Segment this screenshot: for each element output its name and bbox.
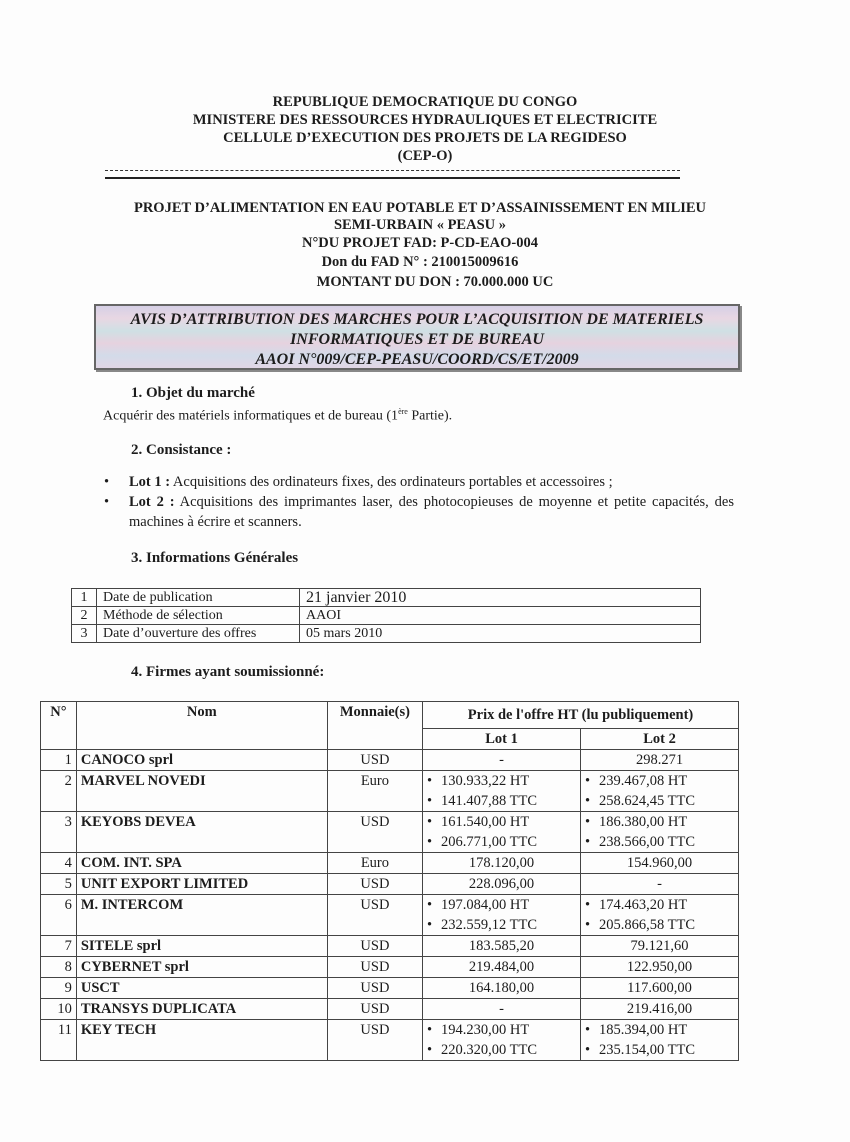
lot2-price: 298.271 <box>581 750 739 771</box>
header-currency: Monnaie(s) <box>327 702 422 750</box>
lot1-price-line: •130.933,22 HT <box>427 771 576 791</box>
currency: USD <box>327 874 422 895</box>
firm-name: TRANSYS DUPLICATA <box>76 999 327 1020</box>
lot2-price-line: •174.463,20 HT <box>585 895 734 915</box>
section2-title: 2. Consistance : <box>131 442 231 459</box>
solid-divider <box>105 177 680 179</box>
info-row-label: Méthode de sélection <box>97 607 300 625</box>
price-value: 194.230,00 HT <box>441 1022 529 1038</box>
section1-text: Acquérir des matériels informatiques et … <box>103 407 452 425</box>
header-lot1: Lot 1 <box>423 729 581 750</box>
header-line-cep: (CEP-O) <box>0 147 850 165</box>
price-value: 197.084,00 HT <box>441 897 529 913</box>
banner-line3: AAOI N°009/CEP-PEASU/COORD/CS/ET/2009 <box>96 350 738 370</box>
bullet-icon: • <box>427 771 441 791</box>
lot1-price-line: •141.407,88 TTC <box>427 791 576 811</box>
lot2-price: 154.960,00 <box>581 853 739 874</box>
firm-name: COM. INT. SPA <box>76 853 327 874</box>
firm-name: KEYOBS DEVEA <box>76 812 327 853</box>
section3-title: 3. Informations Générales <box>131 550 298 567</box>
price-value: 186.380,00 HT <box>599 814 687 830</box>
bullet-icon: • <box>585 1040 599 1060</box>
project-number: N°DU PROJET FAD: P-CD-EAO-004 <box>100 233 740 253</box>
table-row: 5UNIT EXPORT LIMITEDUSD228.096,00- <box>41 874 739 895</box>
lot1-price-line: •161.540,00 HT <box>427 812 576 832</box>
row-number: 10 <box>41 999 77 1020</box>
lot1-price-line: •197.084,00 HT <box>427 895 576 915</box>
bullet-icon: • <box>585 895 599 915</box>
price-value: 185.394,00 HT <box>599 1022 687 1038</box>
lot1-price: •161.540,00 HT•206.771,00 TTC <box>423 812 581 853</box>
lot2-price: 122.950,00 <box>581 957 739 978</box>
table-row: 10TRANSYS DUPLICATAUSD-219.416,00 <box>41 999 739 1020</box>
lot1-price: 219.484,00 <box>423 957 581 978</box>
lot2-text: Acquisitions des imprimantes laser, des … <box>129 494 734 530</box>
price-value: 161.540,00 HT <box>441 814 529 830</box>
bullet-icon: • <box>427 832 441 852</box>
lot2-price-line: •205.866,58 TTC <box>585 915 734 935</box>
currency: USD <box>327 957 422 978</box>
currency: Euro <box>327 853 422 874</box>
header-line-cellule: CELLULE D’EXECUTION DES PROJETS DE LA RE… <box>0 129 850 147</box>
info-row-value: 21 janvier 2010 <box>300 589 701 607</box>
header-name: Nom <box>76 702 327 750</box>
currency: USD <box>327 812 422 853</box>
info-row-value: 05 mars 2010 <box>300 625 701 643</box>
currency: USD <box>327 978 422 999</box>
info-row-number: 2 <box>72 607 97 625</box>
price-value: 130.933,22 HT <box>441 773 529 789</box>
table-row: 2MARVEL NOVEDIEuro•130.933,22 HT•141.407… <box>41 771 739 812</box>
price-value: 258.624,45 TTC <box>599 793 695 809</box>
table-row: 11KEY TECHUSD•194.230,00 HT•220.320,00 T… <box>41 1020 739 1061</box>
section1-text-end: Partie). <box>408 409 452 424</box>
info-row-number: 1 <box>72 589 97 607</box>
info-row-label: Date de publication <box>97 589 300 607</box>
lot1-price-line: •232.559,12 TTC <box>427 915 576 935</box>
price-value: 220.320,00 TTC <box>441 1042 537 1058</box>
header-lot2: Lot 2 <box>581 729 739 750</box>
lot1-price: •194.230,00 HT•220.320,00 TTC <box>423 1020 581 1061</box>
bullet-icon: • <box>104 472 109 492</box>
info-row-number: 3 <box>72 625 97 643</box>
row-number: 8 <box>41 957 77 978</box>
currency: USD <box>327 999 422 1020</box>
bullet-icon: • <box>585 1020 599 1040</box>
header-line-ministry: MINISTERE DES RESSOURCES HYDRAULIQUES ET… <box>0 111 850 129</box>
firm-name: CANOCO sprl <box>76 750 327 771</box>
row-number: 9 <box>41 978 77 999</box>
bullet-icon: • <box>585 771 599 791</box>
lot2-price: •239.467,08 HT•258.624,45 TTC <box>581 771 739 812</box>
lot1-price: 164.180,00 <box>423 978 581 999</box>
firm-name: CYBERNET sprl <box>76 957 327 978</box>
lot2-price: 219.416,00 <box>581 999 739 1020</box>
lot2-price-line: •239.467,08 HT <box>585 771 734 791</box>
price-value: 232.559,12 TTC <box>441 917 537 933</box>
bullet-icon: • <box>427 895 441 915</box>
price-value: 174.463,20 HT <box>599 897 687 913</box>
firm-name: M. INTERCOM <box>76 895 327 936</box>
bullet-icon: • <box>427 1020 441 1040</box>
row-number: 1 <box>41 750 77 771</box>
lot2-price: •186.380,00 HT•238.566,00 TTC <box>581 812 739 853</box>
project-title-line2: SEMI-URBAIN « PEASU » <box>100 215 740 235</box>
price-value: 141.407,88 TTC <box>441 793 537 809</box>
table-row: 7SITELE sprlUSD183.585,2079.121,60 <box>41 936 739 957</box>
table-row: 6M. INTERCOMUSD•197.084,00 HT•232.559,12… <box>41 895 739 936</box>
lot2-price-line: •185.394,00 HT <box>585 1020 734 1040</box>
lot1-item: •Lot 1 : Acquisitions des ordinateurs fi… <box>104 472 734 492</box>
currency: USD <box>327 895 422 936</box>
lot1-price: 228.096,00 <box>423 874 581 895</box>
bullet-icon: • <box>585 791 599 811</box>
grant-number: Don du FAD N° : 210015009616 <box>100 252 740 272</box>
lot1-price-line: •206.771,00 TTC <box>427 832 576 852</box>
bullet-icon: • <box>585 812 599 832</box>
table-row: 4COM. INT. SPAEuro178.120,00154.960,00 <box>41 853 739 874</box>
row-number: 11 <box>41 1020 77 1061</box>
currency: USD <box>327 936 422 957</box>
price-value: 206.771,00 TTC <box>441 834 537 850</box>
lot2-price-line: •186.380,00 HT <box>585 812 734 832</box>
lot1-price: •130.933,22 HT•141.407,88 TTC <box>423 771 581 812</box>
table-header-row: N° Nom Monnaie(s) Prix de l'offre HT (lu… <box>41 702 739 729</box>
currency: USD <box>327 1020 422 1061</box>
lots-list: •Lot 1 : Acquisitions des ordinateurs fi… <box>104 472 734 532</box>
currency: USD <box>327 750 422 771</box>
bullet-icon: • <box>427 791 441 811</box>
banner-line1: AVIS D’ATTRIBUTION DES MARCHES POUR L’AC… <box>96 310 738 330</box>
table-row: 1CANOCO sprlUSD-298.271 <box>41 750 739 771</box>
section1-superscript: ère <box>398 407 408 416</box>
table-row: 3KEYOBS DEVEAUSD•161.540,00 HT•206.771,0… <box>41 812 739 853</box>
info-row-label: Date d’ouverture des offres <box>97 625 300 643</box>
lot1-price: - <box>423 750 581 771</box>
dashed-divider <box>105 170 680 171</box>
lot2-price: •185.394,00 HT•235.154,00 TTC <box>581 1020 739 1061</box>
lot1-price: •197.084,00 HT•232.559,12 TTC <box>423 895 581 936</box>
lot1-text: Acquisitions des ordinateurs fixes, des … <box>170 474 613 490</box>
lot2-price: - <box>581 874 739 895</box>
lot2-price-line: •258.624,45 TTC <box>585 791 734 811</box>
row-number: 4 <box>41 853 77 874</box>
firm-name: SITELE sprl <box>76 936 327 957</box>
lot1-price-line: •194.230,00 HT <box>427 1020 576 1040</box>
price-value: 235.154,00 TTC <box>599 1042 695 1058</box>
firm-name: MARVEL NOVEDI <box>76 771 327 812</box>
info-row: 3 Date d’ouverture des offres 05 mars 20… <box>72 625 701 643</box>
bullet-icon: • <box>427 915 441 935</box>
lot1-price: 183.585,20 <box>423 936 581 957</box>
row-number: 5 <box>41 874 77 895</box>
row-number: 2 <box>41 771 77 812</box>
bullet-icon: • <box>585 915 599 935</box>
general-info-table: 1 Date de publication 21 janvier 2010 2 … <box>71 588 701 643</box>
bullet-icon: • <box>427 812 441 832</box>
info-row: 1 Date de publication 21 janvier 2010 <box>72 589 701 607</box>
price-value: 205.866,58 TTC <box>599 917 695 933</box>
currency: Euro <box>327 771 422 812</box>
section1-title: 1. Objet du marché <box>131 385 255 402</box>
lot2-item: •Lot 2 : Acquisitions des imprimantes la… <box>104 492 734 532</box>
table-row: 9USCTUSD164.180,00117.600,00 <box>41 978 739 999</box>
header-line-republic: REPUBLIQUE DEMOCRATIQUE DU CONGO <box>0 93 850 111</box>
banner-line2: INFORMATIQUES ET DE BUREAU <box>96 330 738 350</box>
lot1-price: - <box>423 999 581 1020</box>
lot1-price: 178.120,00 <box>423 853 581 874</box>
section4-title: 4. Firmes ayant soumissionné: <box>131 664 324 681</box>
price-value: 239.467,08 HT <box>599 773 687 789</box>
price-value: 238.566,00 TTC <box>599 834 695 850</box>
row-number: 3 <box>41 812 77 853</box>
row-number: 7 <box>41 936 77 957</box>
lot2-price: 117.600,00 <box>581 978 739 999</box>
row-number: 6 <box>41 895 77 936</box>
bullet-icon: • <box>585 832 599 852</box>
lot2-price: 79.121,60 <box>581 936 739 957</box>
lot2-price: •174.463,20 HT•205.866,58 TTC <box>581 895 739 936</box>
section1-text-main: Acquérir des matériels informatiques et … <box>103 409 398 424</box>
info-row-value: AAOI <box>300 607 701 625</box>
header-number: N° <box>41 702 77 750</box>
bullet-icon: • <box>104 492 109 512</box>
header-price: Prix de l'offre HT (lu publiquement) <box>423 702 739 729</box>
bidders-table: N° Nom Monnaie(s) Prix de l'offre HT (lu… <box>40 701 739 1061</box>
table-row: 8CYBERNET sprlUSD219.484,00122.950,00 <box>41 957 739 978</box>
lot2-price-line: •235.154,00 TTC <box>585 1040 734 1060</box>
firm-name: USCT <box>76 978 327 999</box>
bullet-icon: • <box>427 1040 441 1060</box>
lot2-price-line: •238.566,00 TTC <box>585 832 734 852</box>
lot1-price-line: •220.320,00 TTC <box>427 1040 576 1060</box>
firm-name: KEY TECH <box>76 1020 327 1061</box>
grant-amount: MONTANT DU DON : 70.000.000 UC <box>115 272 755 292</box>
lot2-label: Lot 2 : <box>129 494 175 510</box>
firm-name: UNIT EXPORT LIMITED <box>76 874 327 895</box>
lot1-label: Lot 1 : <box>129 474 170 490</box>
notice-banner: AVIS D’ATTRIBUTION DES MARCHES POUR L’AC… <box>94 304 740 370</box>
info-row: 2 Méthode de sélection AAOI <box>72 607 701 625</box>
